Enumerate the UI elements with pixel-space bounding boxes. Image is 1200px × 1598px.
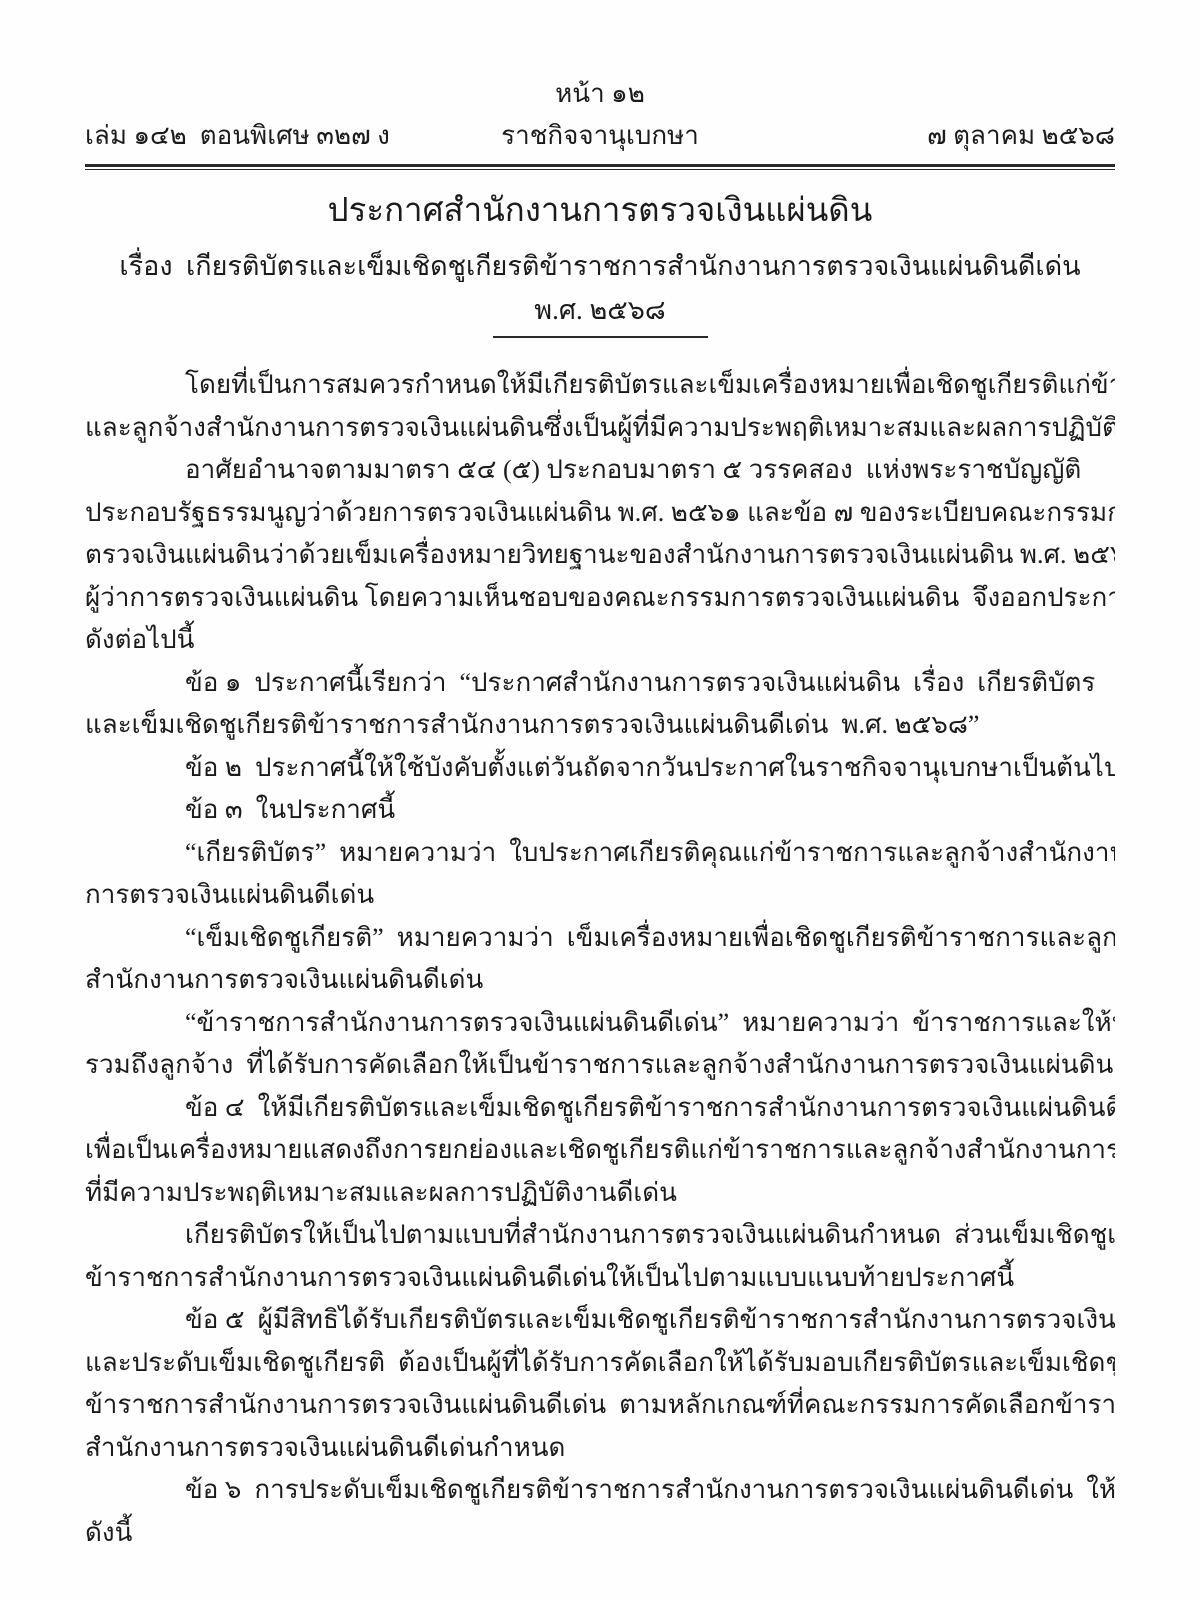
document-line: ข้าราชการสำนักงานการตรวจเงินแผ่นดินดีเด่… (85, 1384, 1115, 1427)
document-line: ดังนี้ (85, 1512, 1115, 1555)
page-content: หน้า ๑๒ เล่ม ๑๔๒ ตอนพิเศษ ๓๒๗ ง ราชกิจจา… (0, 0, 1200, 1554)
document-line: ข้อ ๓ ในประกาศนี้ (85, 789, 1115, 832)
document-line: “ข้าราชการสำนักงานการตรวจเงินแผ่นดินดีเด… (85, 1002, 1115, 1045)
gazette-page: หน้า ๑๒ เล่ม ๑๔๒ ตอนพิเศษ ๓๒๗ ง ราชกิจจา… (0, 0, 1200, 1598)
document-line: ข้อ ๖ การประดับเข็มเชิดชูเกียรติข้าราชกา… (85, 1469, 1115, 1512)
announcement-year: พ.ศ. ๒๕๖๘ (85, 292, 1115, 328)
title-divider (493, 336, 708, 338)
document-line: ผู้ว่าการตรวจเงินแผ่นดิน โดยความเห็นชอบข… (85, 577, 1115, 620)
document-line: และเข็มเชิดชูเกียรติข้าราชการสำนักงานการ… (85, 704, 1115, 747)
document-line: เพื่อเป็นเครื่องหมายแสดงถึงการยกย่องและเ… (85, 1129, 1115, 1172)
document-line: ข้อ ๔ ให้มีเกียรติบัตรและเข็มเชิดชูเกียร… (85, 1087, 1115, 1130)
gazette-name: ราชกิจจานุเบกษา (501, 118, 699, 154)
document-line: ที่มีความประพฤติเหมาะสมและผลการปฏิบัติงา… (85, 1172, 1115, 1215)
document-line: “เข็มเชิดชูเกียรติ” หมายความว่า เข็มเครื… (85, 917, 1115, 960)
document-line: ข้อ ๒ ประกาศนี้ให้ใช้บังคับตั้งแต่วันถัด… (85, 747, 1115, 790)
publication-date: ๗ ตุลาคม ๒๕๖๘ (927, 118, 1115, 154)
document-line: “เกียรติบัตร” หมายความว่า ใบประกาศเกียรต… (85, 832, 1115, 875)
document-line: และลูกจ้างสำนักงานการตรวจเงินแผ่นดินซึ่ง… (85, 407, 1115, 450)
announcement-subject: เรื่อง เกียรติบัตรและเข็มเชิดชูเกียรติข้… (85, 248, 1115, 284)
document-line: สำนักงานการตรวจเงินแผ่นดินดีเด่น (85, 959, 1115, 1002)
document-line: ข้อ ๕ ผู้มีสิทธิได้รับเกียรติบัตรและเข็ม… (85, 1299, 1115, 1342)
document-line: อาศัยอำนาจตามมาตรา ๕๔ (๕) ประกอบมาตรา ๕ … (85, 449, 1115, 492)
header-double-rule (85, 164, 1115, 170)
document-line: การตรวจเงินแผ่นดินดีเด่น (85, 874, 1115, 917)
document-line: ประกอบรัฐธรรมนูญว่าด้วยการตรวจเงินแผ่นดิ… (85, 492, 1115, 535)
gazette-header: หน้า ๑๒ เล่ม ๑๔๒ ตอนพิเศษ ๓๒๗ ง ราชกิจจา… (85, 76, 1115, 170)
document-body: โดยที่เป็นการสมควรกำหนดให้มีเกียรติบัตรแ… (85, 364, 1115, 1554)
document-line: สำนักงานการตรวจเงินแผ่นดินดีเด่นกำหนด (85, 1427, 1115, 1470)
document-line: ข้าราชการสำนักงานการตรวจเงินแผ่นดินดีเด่… (85, 1257, 1115, 1300)
document-line: ดังต่อไปนี้ (85, 619, 1115, 662)
document-line: ตรวจเงินแผ่นดินว่าด้วยเข็มเครื่องหมายวิท… (85, 534, 1115, 577)
page-number: หน้า ๑๒ (85, 76, 1115, 112)
document-line: และประดับเข็มเชิดชูเกียรติ ต้องเป็นผู้ที… (85, 1342, 1115, 1385)
document-line: เกียรติบัตรให้เป็นไปตามแบบที่สำนักงานการ… (85, 1214, 1115, 1257)
volume-issue-label: เล่ม ๑๔๒ ตอนพิเศษ ๓๒๗ ง (85, 118, 390, 154)
header-row: เล่ม ๑๔๒ ตอนพิเศษ ๓๒๗ ง ราชกิจจานุเบกษา … (85, 118, 1115, 154)
title-block: ประกาศสำนักงานการตรวจเงินแผ่นดิน เรื่อง … (85, 188, 1115, 338)
announcement-title: ประกาศสำนักงานการตรวจเงินแผ่นดิน (85, 188, 1115, 234)
document-line: รวมถึงลูกจ้าง ที่ได้รับการคัดเลือกให้เป็… (85, 1044, 1115, 1087)
document-line: ข้อ ๑ ประกาศนี้เรียกว่า “ประกาศสำนักงานก… (85, 662, 1115, 705)
document-line: โดยที่เป็นการสมควรกำหนดให้มีเกียรติบัตรแ… (85, 364, 1115, 407)
